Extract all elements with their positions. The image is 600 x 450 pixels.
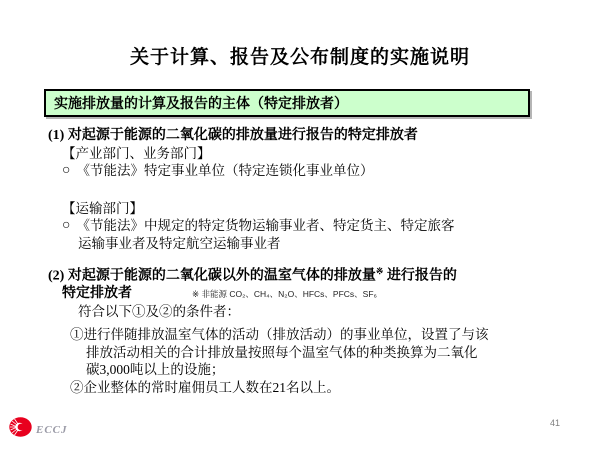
item-1-group-2-bullet-text: 《节能法》中规定的特定货物运输事业者、特定货主、特定旅客	[76, 217, 454, 235]
item-2-heading-row-2: 特定排放者 ※ 非能源 CO₂、CH₄、N₂O、HFCs、PFCs、SF₆	[48, 285, 573, 303]
item-2-condition-1-line-2: 排放活动相关的合计排放量按照每个温室气体的种类换算为二氧化	[86, 344, 573, 362]
item-1-group-1-label: 【产业部门、业务部门】	[62, 145, 573, 163]
item-1-heading: (1) 对起源于能源的二氧化碳的排放量进行报告的特定排放者	[48, 127, 573, 145]
slide: 关于计算、报告及公布制度的实施说明 实施排放量的计算及报告的主体（特定排放者） …	[0, 0, 600, 450]
page-number: 41	[550, 418, 560, 428]
item-1-number: (1)	[48, 128, 64, 143]
eccj-logo: ECCJ	[9, 417, 68, 442]
item-1-group-2-bullet: ○ 《节能法》中规定的特定货物运输事业者、特定货主、特定旅客	[62, 217, 573, 235]
section-header: 实施排放量的计算及报告的主体（特定排放者）	[44, 89, 530, 117]
item-2-heading-line-2: 特定排放者	[62, 285, 132, 303]
circle-bullet-icon: ○	[62, 217, 70, 235]
slide-content: (1) 对起源于能源的二氧化碳的排放量进行报告的特定排放者 【产业部门、业务部门…	[48, 127, 573, 396]
item-2-condition-1-line-1: ①进行伴随排放温室气体的活动（排放活动）的事业单位，设置了与该	[70, 326, 573, 344]
item-1-group-2-bullet-continuation: 运输事业者及特定航空运输事业者	[78, 235, 573, 253]
item-1-group-1-bullet-text: 《节能法》特定事业单位（特定连锁化事业单位）	[76, 162, 373, 180]
item-1: (1) 对起源于能源的二氧化碳的排放量进行报告的特定排放者 【产业部门、业务部门…	[48, 127, 573, 252]
item-1-group-2-label: 【运输部门】	[62, 200, 573, 218]
gas-types-footnote: ※ 非能源 CO₂、CH₄、N₂O、HFCs、PFCs、SF₆	[192, 288, 377, 300]
spacer	[48, 180, 573, 200]
eccj-logo-emblem-icon	[9, 417, 32, 442]
item-2-heading-text-1: 对起源于能源的二氧化碳以外的温室气体的排放量	[68, 269, 376, 284]
item-2-heading: (2) 对起源于能源的二氧化碳以外的温室气体的排放量※ 进行报告的	[48, 263, 573, 285]
spacer	[48, 252, 573, 263]
slide-title: 关于计算、报告及公布制度的实施说明	[0, 42, 600, 69]
item-2-condition-2: ②企业整体的常时雇佣员工人数在21名以上。	[70, 379, 573, 397]
item-2-condition-1-line-3: 碳3,000吨以上的设施；	[86, 361, 573, 379]
circle-bullet-icon: ○	[62, 162, 70, 180]
section-header-label: 实施排放量的计算及报告的主体（特定排放者）	[54, 97, 348, 112]
item-2-heading-text-2: 进行报告的	[383, 269, 457, 284]
item-2: (2) 对起源于能源的二氧化碳以外的温室气体的排放量※ 进行报告的 特定排放者 …	[48, 263, 573, 396]
eccj-logo-text: ECCJ	[36, 424, 68, 436]
item-1-group-1-bullet: ○ 《节能法》特定事业单位（特定连锁化事业单位）	[62, 162, 573, 180]
item-2-condition-intro: 符合以下①及②的条件者：	[78, 303, 573, 321]
item-1-heading-text: 对起源于能源的二氧化碳的排放量进行报告的特定排放者	[68, 128, 418, 143]
item-2-number: (2)	[48, 269, 64, 284]
